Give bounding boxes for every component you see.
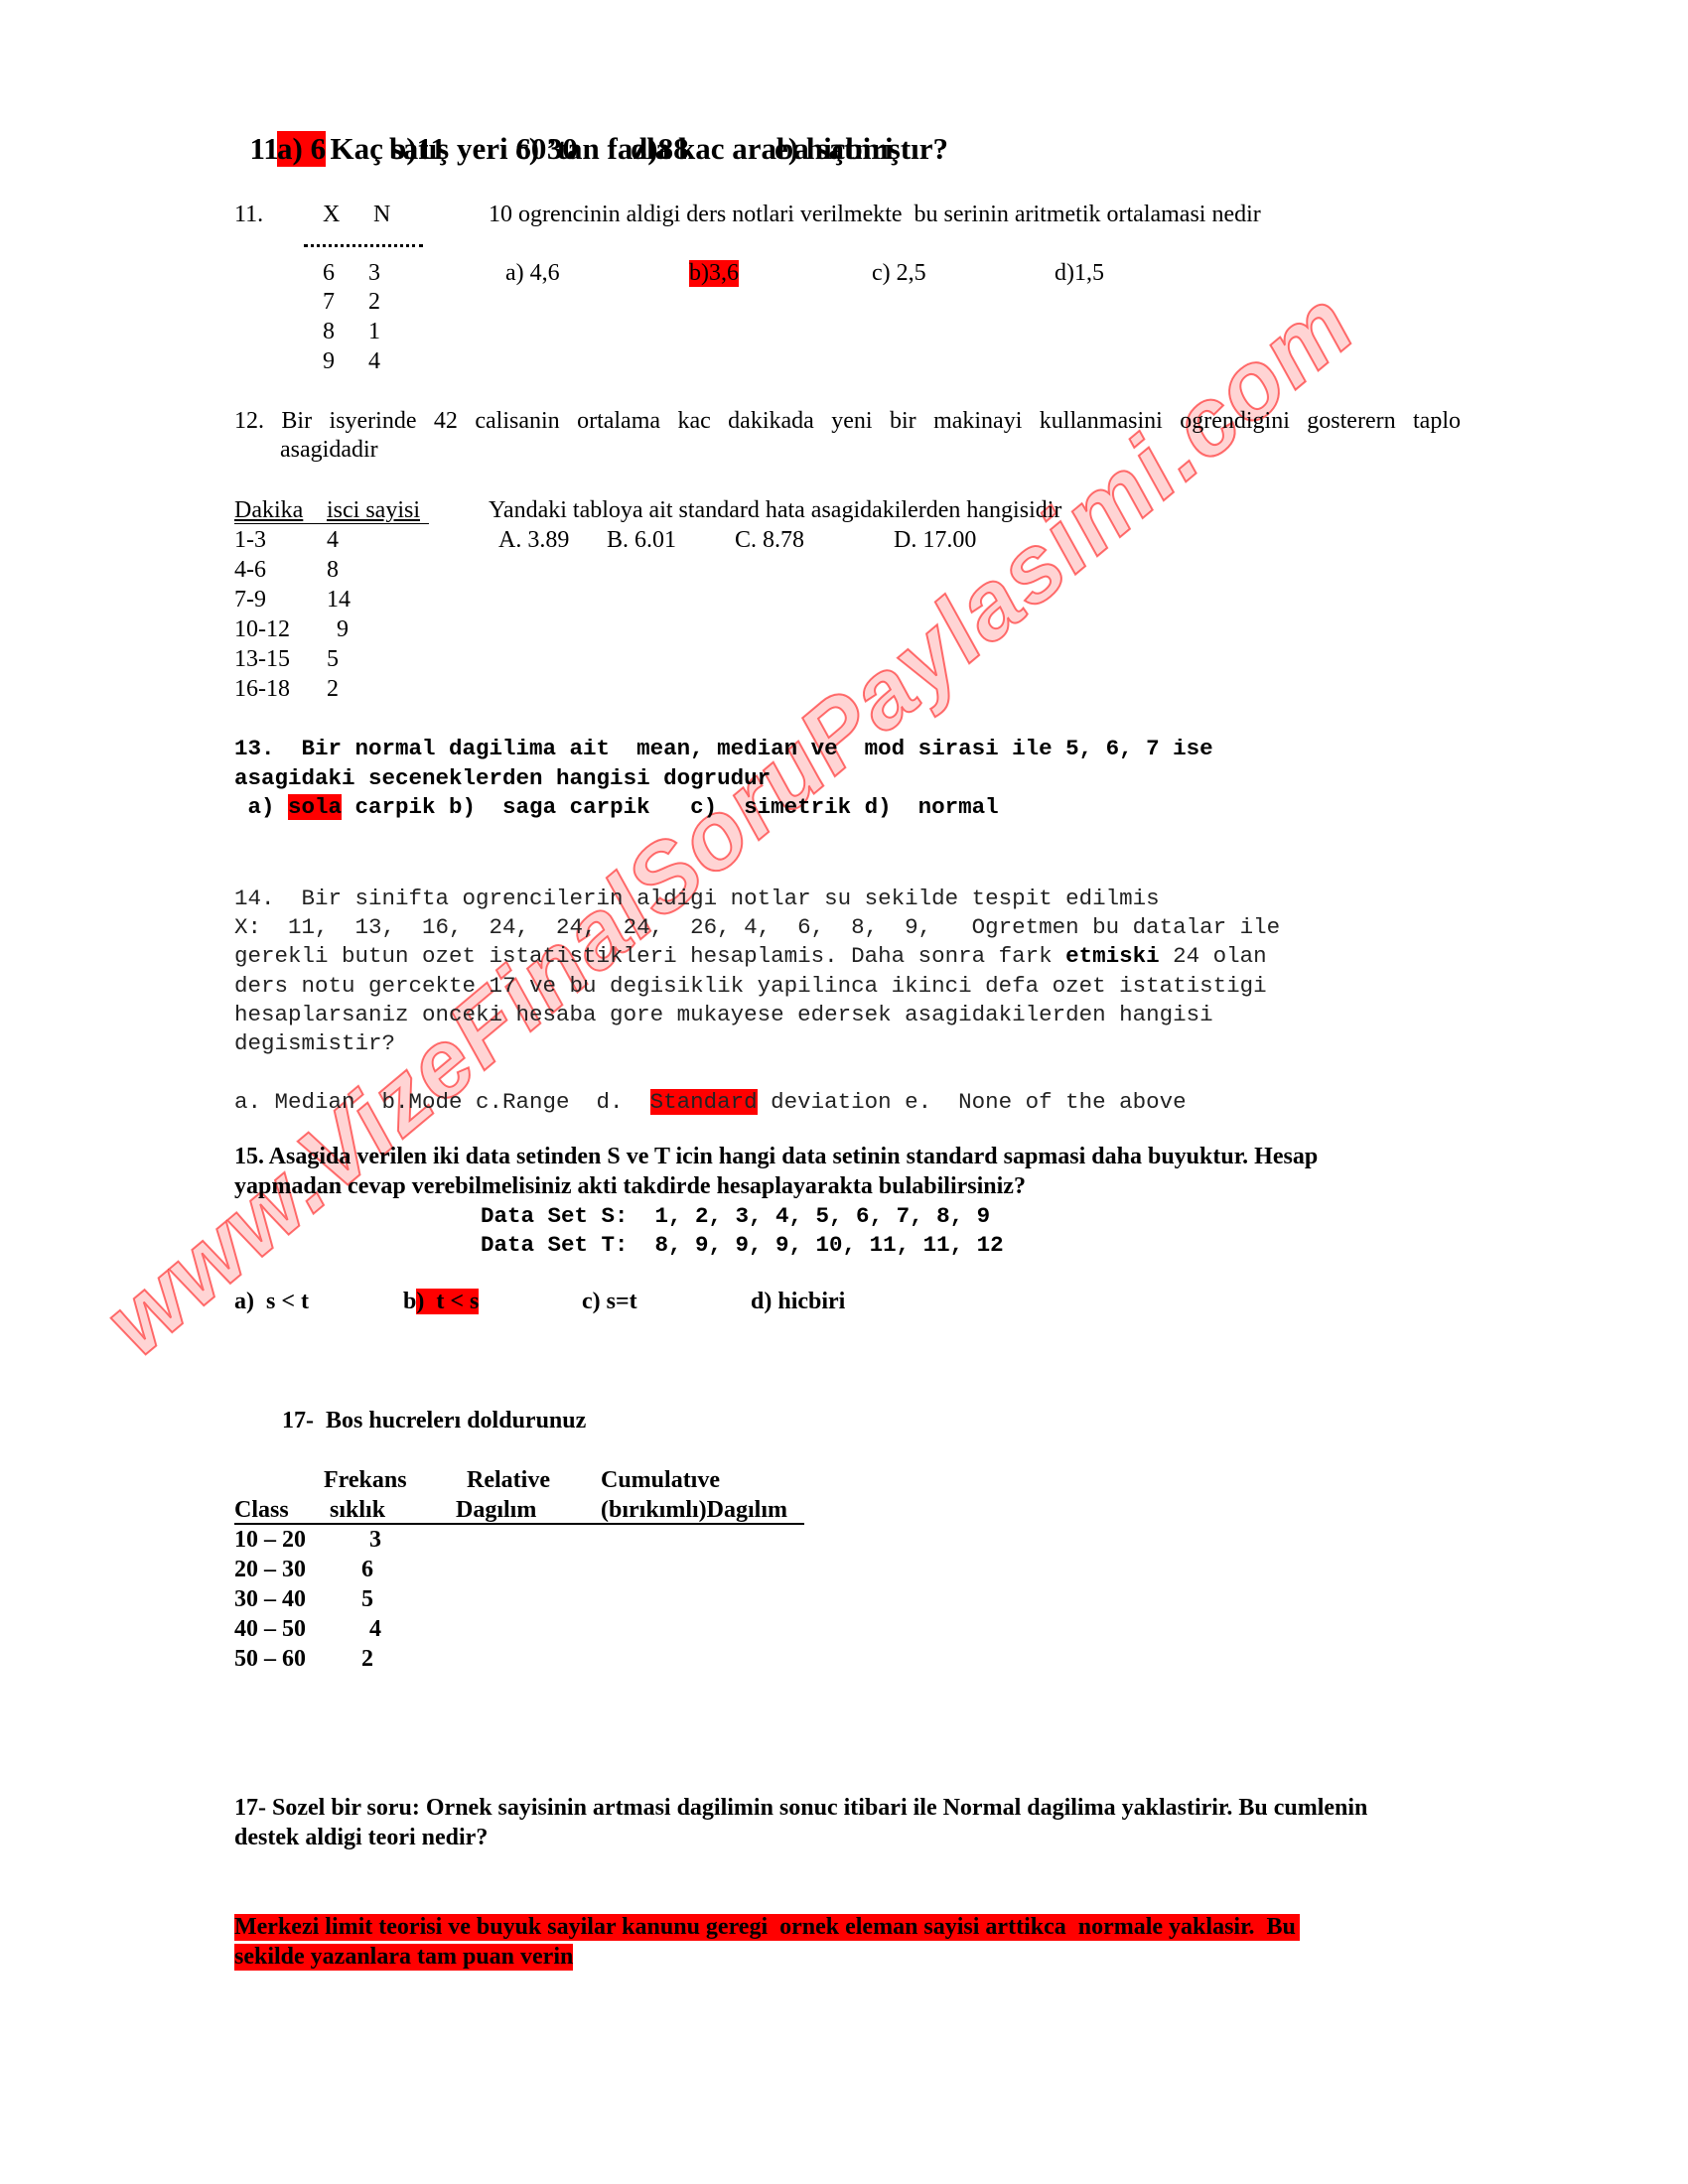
q17a-header-relative: Relative: [467, 1467, 550, 1494]
q17b-line2: destek aldigi teori nedir?: [234, 1825, 488, 1851]
q15-data-set-s: Data Set S: 1, 2, 3, 4, 5, 6, 7, 8, 9: [481, 1203, 990, 1229]
q13-option-a-highlight: sola: [288, 794, 342, 820]
q14-option-d-highlight: Standard: [650, 1089, 758, 1115]
q13-line1: 13. Bir normal dagilima ait mean, median…: [234, 736, 1213, 761]
q14-line3-bold: etmiski: [1065, 943, 1160, 969]
q14-line3: gerekli butun ozet istatistikleri hesapl…: [234, 943, 1267, 969]
q17a-title: 17- Bos hucrelerı doldurunuz: [282, 1408, 586, 1434]
q12-option-b: B. 6.01: [607, 527, 676, 554]
q12-col-isci: isci sayisi: [327, 497, 420, 524]
q14-line5: hesaplarsaniz onceki hesaba gore mukayes…: [234, 1002, 1213, 1027]
q13-option-a-prefix: a): [234, 794, 288, 820]
q12-option-c: C. 8.78: [735, 527, 804, 554]
q17b-line1: 17- Sozel bir soru: Ornek sayisinin artm…: [234, 1795, 1367, 1822]
q15-line1: 15. Asagida verilen iki data setinden S …: [234, 1144, 1318, 1170]
q12-row-range: 7-9: [234, 587, 266, 614]
q13-options: a) sola carpik b) saga carpik c) simetri…: [234, 794, 999, 820]
q12-row-range: 1-3: [234, 527, 266, 554]
q17a-header-daglim: Dagılım: [456, 1497, 536, 1524]
q12-row-count: 8: [327, 557, 339, 584]
q17a-header-underline: [234, 1523, 804, 1525]
q12-row-range: 13-15: [234, 646, 290, 673]
q14-line1: 14. Bir sinifta ogrencilerin aldigi notl…: [234, 886, 1160, 911]
q11b-col-x: X: [323, 202, 340, 228]
q14-line2: X: 11, 13, 16, 24, 24, 24, 26, 4, 6, 8, …: [234, 914, 1280, 940]
q11b-question: 10 ogrencinin aldigi ders notlari verilm…: [489, 202, 1261, 228]
q11b-row-x: 6: [323, 260, 335, 287]
q17a-row-frequency: 5: [361, 1586, 373, 1613]
q14-line4: ders notu gercekte 17 ve bu degisiklik y…: [234, 973, 1267, 999]
q12-header-underline: [234, 523, 429, 524]
q11b-option-c: c) 2,5: [872, 260, 926, 287]
q17b-answer-line1: Merkezi limit teorisi ve buyuk sayilar k…: [234, 1914, 1300, 1941]
q14-options-post: deviation e. None of the above: [758, 1089, 1187, 1115]
q17a-header-siklik: sıklık: [330, 1497, 385, 1524]
q17a-header-class: Class: [234, 1497, 289, 1524]
q15-option-b: b) t < s: [403, 1289, 479, 1315]
q12-col-dakika: Dakika: [234, 497, 303, 524]
q14-line6: degismistir?: [234, 1030, 395, 1056]
q12-subquestion: Yandaki tabloya ait standard hata asagid…: [489, 497, 1061, 524]
q12-option-d: D. 17.00: [894, 527, 976, 554]
q12-option-a: A. 3.89: [498, 527, 569, 554]
q14-line3-pre: gerekli butun ozet istatistikleri hesapl…: [234, 943, 1065, 969]
q11b-row-n: 4: [368, 348, 380, 375]
q11a-option-b: b)11: [389, 131, 446, 167]
q11b-option-a: a) 4,6: [505, 260, 560, 287]
q11b-option-b: b)3,6: [689, 260, 739, 287]
q17a-row-frequency: 3: [369, 1527, 381, 1554]
q15-data-set-t: Data Set T: 8, 9, 9, 9, 10, 11, 11, 12: [481, 1232, 1004, 1258]
q14-line3-post: 24 olan: [1160, 943, 1267, 969]
q11b-row-n: 1: [368, 319, 380, 345]
q11b-row-x: 9: [323, 348, 335, 375]
q11a-option-c: c) 30: [515, 131, 578, 167]
q11a-option-d: d)88: [631, 131, 689, 167]
q13-options-rest: carpik b) saga carpik c) simetrik d) nor…: [342, 794, 999, 820]
q15-option-d: d) hicbiri: [751, 1289, 845, 1315]
q11b-row-x: 7: [323, 289, 335, 316]
q17a-row-class: 10 – 20: [234, 1527, 306, 1554]
q15-option-c: c) s=t: [582, 1289, 637, 1315]
q17a-row-frequency: 2: [361, 1646, 373, 1673]
q17a-row-class: 30 – 40: [234, 1586, 306, 1613]
q17a-header-birikimli: (bırıkımlı)Dagılım: [601, 1497, 787, 1524]
q13-line2: asagidaki seceneklerden hangisi dogrudur: [234, 765, 771, 791]
q17a-row-class: 20 – 30: [234, 1557, 306, 1583]
q12-line1: 12. Bir isyerinde 42 calisanin ortalama …: [234, 407, 1461, 436]
q12-row-count: 4: [327, 527, 339, 554]
q12-line2: asagidadir: [234, 436, 1461, 465]
q17a-row-class: 40 – 50: [234, 1616, 306, 1643]
q15-option-a: a) s < t: [234, 1289, 309, 1315]
q12-row-range: 16-18: [234, 676, 290, 703]
q12-row-range: 4-6: [234, 557, 266, 584]
q11a-option-e: e) hiçbiri: [774, 131, 894, 167]
q17a-row-frequency: 6: [361, 1557, 373, 1583]
q12-row-count: 5: [327, 646, 339, 673]
q17a-row-frequency: 4: [369, 1616, 381, 1643]
q12-row-count: 14: [327, 587, 351, 614]
q11b-number: 11.: [234, 202, 263, 228]
q15-option-b-highlight: ) t < s: [416, 1289, 479, 1314]
q11a-option-a: a) 6: [277, 131, 326, 167]
q17a-header-cumulative: Cumulatıve: [601, 1467, 720, 1494]
q15-line2: yapmadan cevap verebilmelisiniz akti tak…: [234, 1173, 1026, 1200]
q11b-separator: [304, 244, 423, 247]
q11b-row-x: 8: [323, 319, 335, 345]
q12-question: 12. Bir isyerinde 42 calisanin ortalama …: [234, 407, 1461, 465]
q14-options: a. Median b.Mode c.Range d. Standard dev…: [234, 1089, 1187, 1115]
q12-row-count: 2: [327, 676, 339, 703]
q17b-answer-line2: sekilde yazanlara tam puan verin: [234, 1944, 573, 1971]
q15-option-b-pre: b: [403, 1289, 416, 1314]
q11b-option-d: d)1,5: [1055, 260, 1104, 287]
q11b-col-n: N: [373, 202, 390, 228]
q12-row-count: 9: [337, 616, 349, 643]
q17a-row-class: 50 – 60: [234, 1646, 306, 1673]
q11b-row-n: 3: [368, 260, 380, 287]
q12-row-range: 10-12: [234, 616, 290, 643]
q17a-header-frekans: Frekans: [324, 1467, 407, 1494]
q14-options-pre: a. Median b.Mode c.Range d.: [234, 1089, 650, 1115]
q11b-row-n: 2: [368, 289, 380, 316]
